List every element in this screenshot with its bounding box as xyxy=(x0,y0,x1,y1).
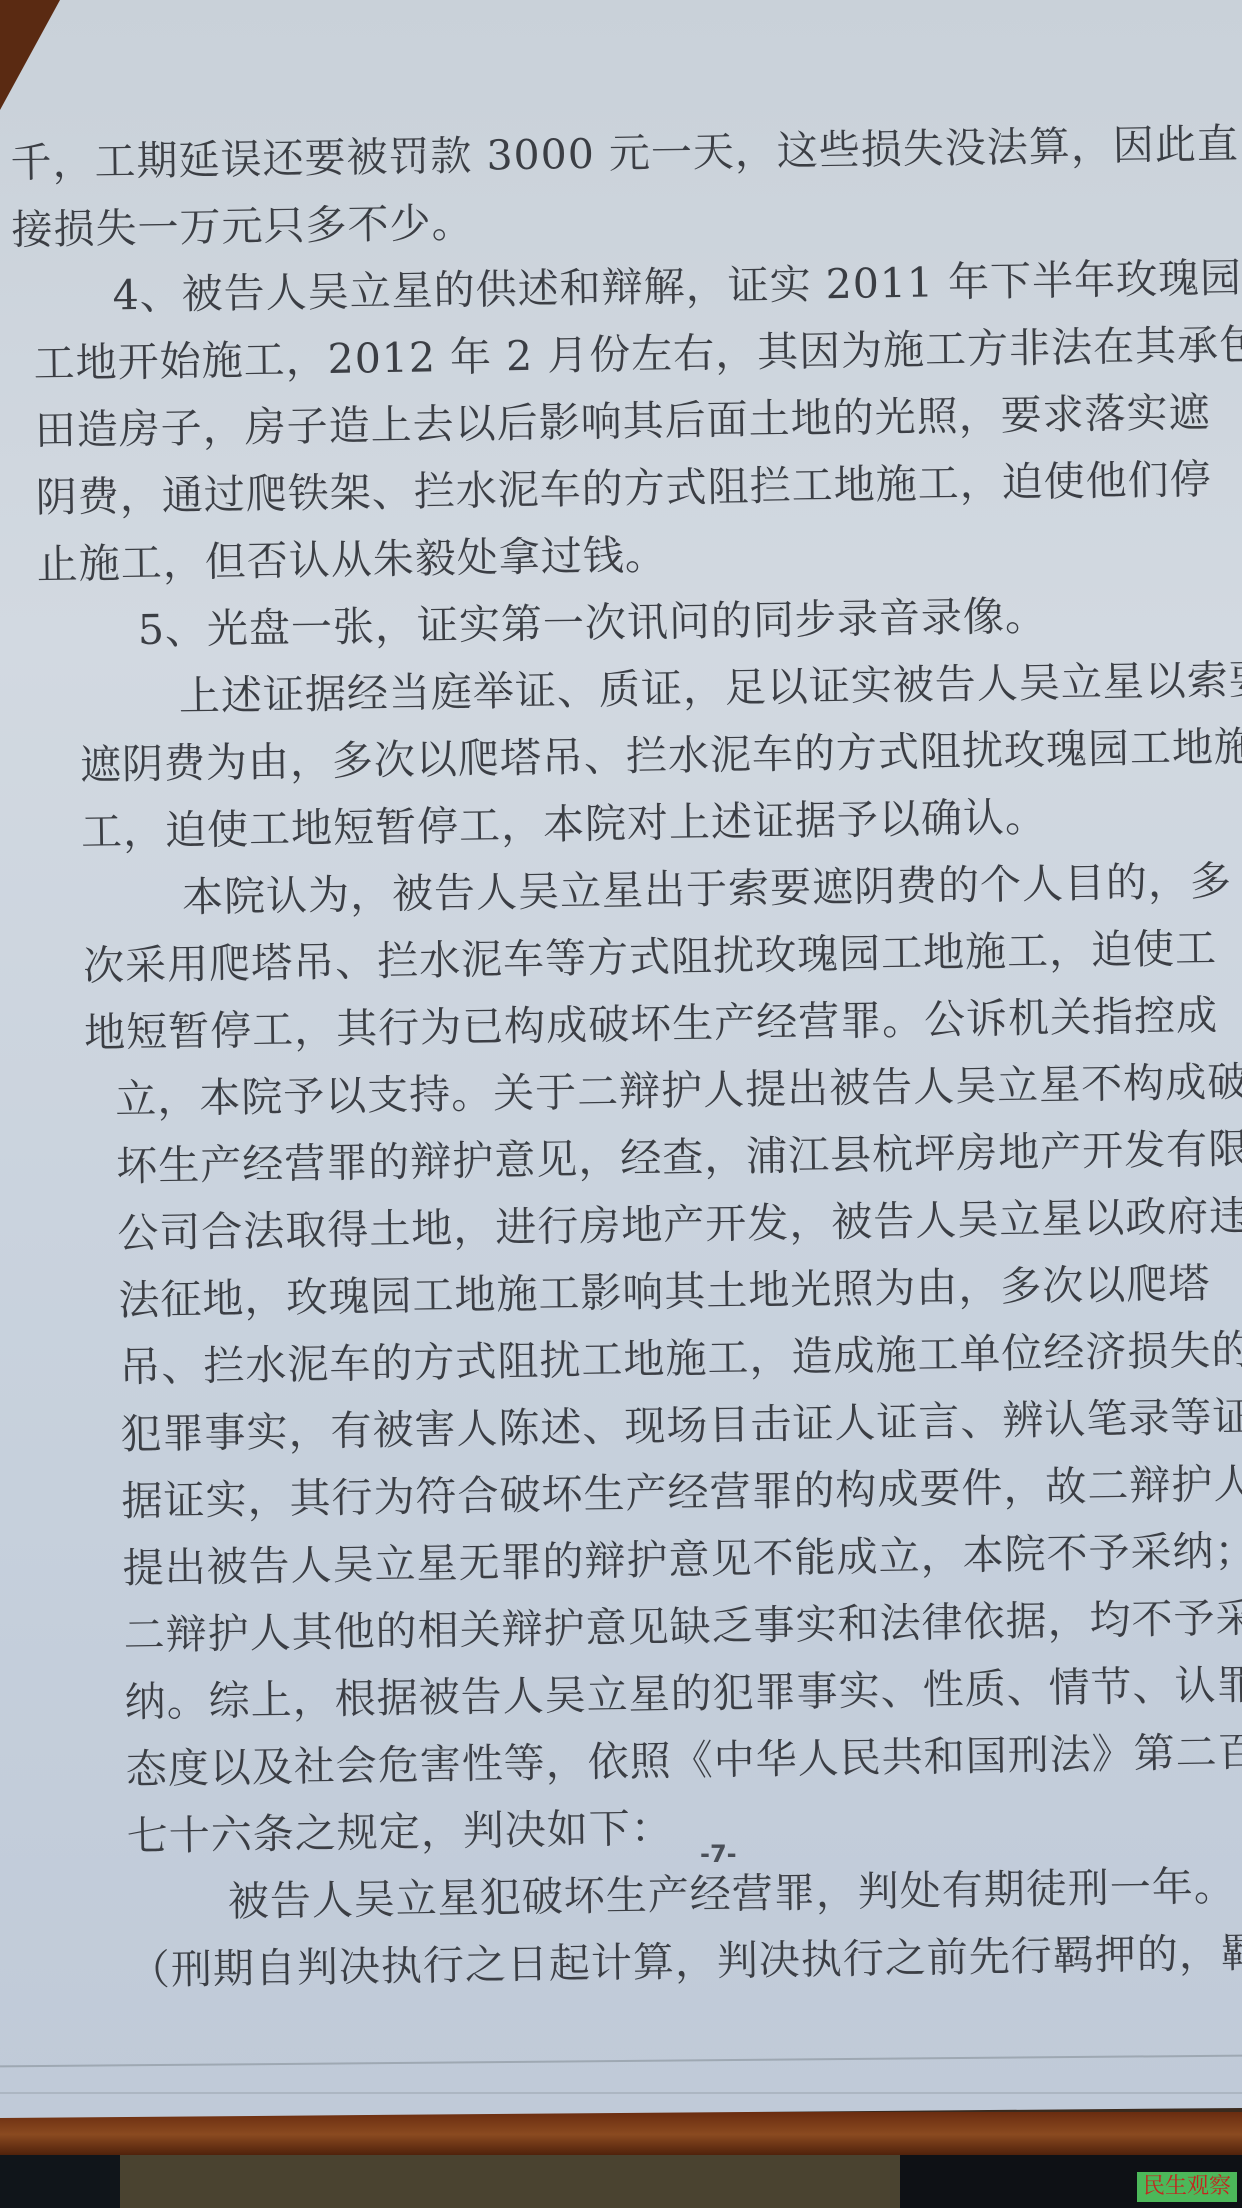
page-number: -7- xyxy=(700,1840,737,1868)
desk-edge xyxy=(0,2112,1242,2157)
paper-sheet-edge xyxy=(0,2092,1242,2094)
desk-background xyxy=(0,2155,1242,2208)
watermark-badge: 民生观察 xyxy=(1137,2172,1237,2202)
document-body: 千，工期延误还要被罚款 3000 元一天，这些损失没法算，因此直接损失一万元只多… xyxy=(10,111,1219,2005)
